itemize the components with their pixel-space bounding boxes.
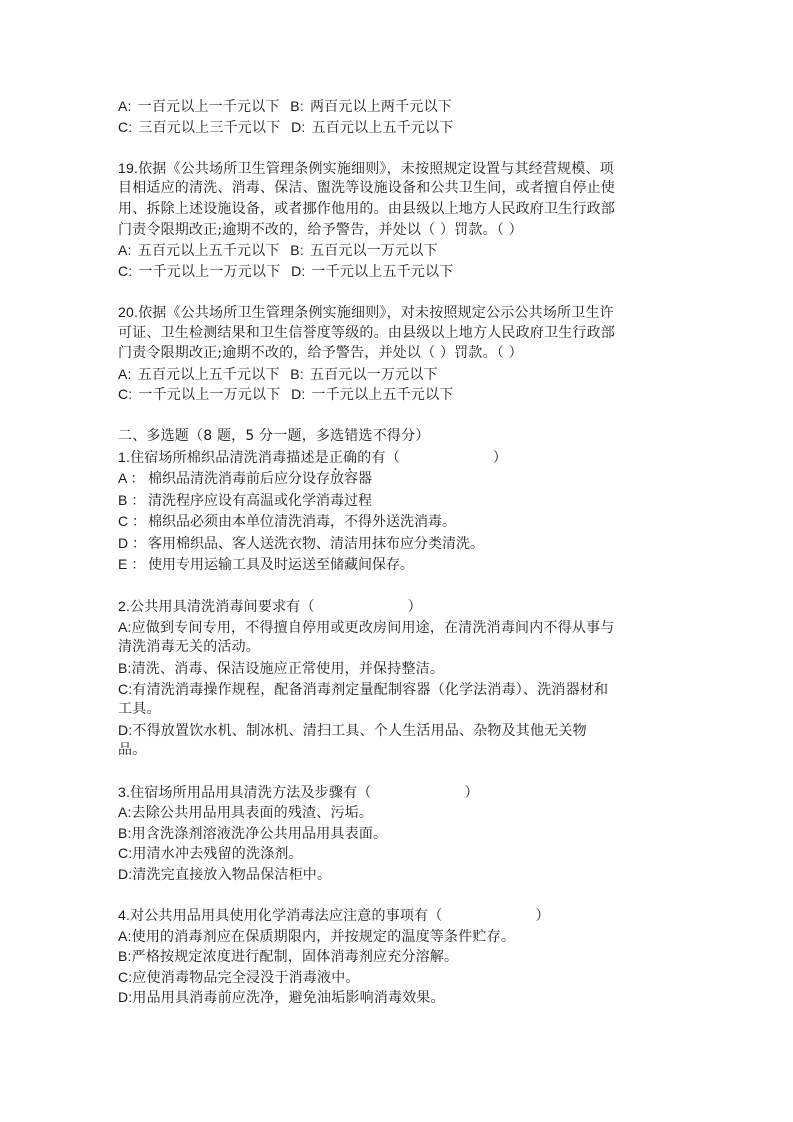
q19-stem-line-3: 用、拆除上述设施设备，或者挪作他用的。由县级以上地方人民政府卫生行政部 bbox=[118, 199, 678, 220]
mq1-option-b: B ：清洗程序应设有高温或化学消毒过程 bbox=[118, 490, 678, 512]
q19-options-row-2: C:一千元以上一万元以下 D:一千元以上五千元以下 bbox=[118, 261, 678, 282]
q18-options-row-2: C:三百元以上三千元以下 D:五百元以上五千元以下 bbox=[118, 117, 678, 138]
mq1-stem: 1.住宿场所棉织品清洗消毒描述是正确的有（ ） bbox=[118, 446, 678, 468]
q18-option-c: C:三百元以上三千元以下 bbox=[118, 120, 280, 136]
document-page: A:一百元以上一千元以下 B:两百元以上两千元以下 C:三百元以上三千元以下 D… bbox=[118, 96, 678, 1008]
q20-option-d: D:一千元以上五千元以下 bbox=[291, 387, 453, 403]
mq4-option-c: C:应使消毒物品完全浸没于消毒液中。 bbox=[118, 967, 678, 988]
emphasis-dots: 正确 bbox=[329, 450, 357, 466]
q18-option-d: D:五百元以上五千元以下 bbox=[291, 120, 453, 136]
multi-question-3: 3.住宿场所用品用具清洗方法及步骤有（ ） A:去除公共用品用具表面的残渣、污垢… bbox=[118, 782, 678, 885]
mq3-option-b: B:用含洗涤剂溶液洗净公共用品用具表面。 bbox=[118, 823, 678, 844]
q19-stem-line-4: 门责令限期改正;逾期不改的，给予警告，并处以（ ）罚款。（ ） bbox=[118, 220, 678, 241]
q18-option-a: A:一百元以上一千元以下 bbox=[118, 99, 280, 115]
q20-stem-line-2: 可证、卫生检测结果和卫生信誉度等级的。由县级以上地方人民政府卫生行政部 bbox=[118, 323, 678, 344]
q19-option-c: C:一千元以上一万元以下 bbox=[118, 264, 280, 280]
mq3-option-c: C:用清水冲去残留的洗涤剂。 bbox=[118, 843, 678, 864]
q20-stem-line-3: 门责令限期改正;逾期不改的，给予警告，并处以（ ）罚款。（ ） bbox=[118, 343, 678, 364]
mq1-option-c: C ：棉织品必须由本单位清洗消毒，不得外送洗消毒。 bbox=[118, 511, 678, 533]
mq2-option-d-cont: 品。 bbox=[118, 740, 678, 761]
mq4-option-d: D:用品用具消毒前应洗净，避免油垢影响消毒效果。 bbox=[118, 987, 678, 1008]
q19-stem-line-1: 19.依据《公共场所卫生管理条例实施细则》，未按照规定设置与其经营规模、项 bbox=[118, 158, 678, 179]
q19-option-b: B:五百元以一万元以下 bbox=[290, 243, 437, 259]
q19-option-d: D:一千元以上五千元以下 bbox=[291, 264, 453, 280]
q20-options-row-1: A:五百元以上五千元以下 B:五百元以一万元以下 bbox=[118, 364, 678, 385]
mq3-option-d: D:清洗完直接放入物品保洁柜中。 bbox=[118, 864, 678, 885]
mq1-option-e: E ：使用专用运输工具及时运送至储藏间保存。 bbox=[118, 554, 678, 576]
mq2-option-b: B:清洗、消毒、保洁设施应正常使用，并保持整洁。 bbox=[118, 658, 678, 679]
mq2-option-a-cont: 清洗消毒无关的活动。 bbox=[118, 637, 678, 658]
q19-option-a: A:五百元以上五千元以下 bbox=[118, 243, 280, 259]
mq1-option-d: D ：客用棉织品、客人送洗衣物、清洁用抹布应分类清洗。 bbox=[118, 533, 678, 555]
q20-option-a: A:五百元以上五千元以下 bbox=[118, 367, 280, 383]
mq2-option-d: D:不得放置饮水机、制冰机、清扫工具、个人生活用品、杂物及其他无关物 bbox=[118, 720, 678, 741]
q20-options-row-2: C:一千元以上一万元以下 D:一千元以上五千元以下 bbox=[118, 384, 678, 405]
mq2-stem: 2.公共用具清洗消毒间要求有（ ） bbox=[118, 596, 678, 617]
q20-stem-line-1: 20.依据《公共场所卫生管理条例实施细则》，对未按照规定公示公共场所卫生许 bbox=[118, 302, 678, 323]
mq2-option-c: C:有清洗消毒操作规程，配备消毒剂定量配制容器（化学法消毒）、洗消器材和 bbox=[118, 679, 678, 700]
q19-options-row-1: A:五百元以上五千元以下 B:五百元以一万元以下 bbox=[118, 240, 678, 261]
mq1-option-a: A ：棉织品清洗消毒前后应分设存放容器 bbox=[118, 468, 678, 490]
q18-option-b: B:两百元以上两千元以下 bbox=[290, 99, 452, 115]
multi-question-2: 2.公共用具清洗消毒间要求有（ ） A:应做到专间专用，不得擅自停用或更改房间用… bbox=[118, 596, 678, 761]
q20-option-b: B:五百元以一万元以下 bbox=[290, 367, 437, 383]
mq3-stem: 3.住宿场所用品用具清洗方法及步骤有（ ） bbox=[118, 782, 678, 803]
mq4-stem: 4.对公共用品用具使用化学消毒法应注意的事项有（ ） bbox=[118, 905, 678, 926]
mq3-option-a: A:去除公共用品用具表面的残渣、污垢。 bbox=[118, 802, 678, 823]
section-heading-multiple-choice: 二、多选题（8 题，5 分一题，多选错选不得分） bbox=[118, 426, 678, 447]
mq4-option-b: B:严格按规定浓度进行配制，固体消毒剂应充分溶解。 bbox=[118, 946, 678, 967]
question-19: 19.依据《公共场所卫生管理条例实施细则》，未按照规定设置与其经营规模、项 目相… bbox=[118, 158, 678, 282]
question-20: 20.依据《公共场所卫生管理条例实施细则》，对未按照规定公示公共场所卫生许 可证… bbox=[118, 302, 678, 405]
mq4-option-a: A:使用的消毒剂应在保质期限内，并按规定的温度等条件贮存。 bbox=[118, 926, 678, 947]
q20-option-c: C:一千元以上一万元以下 bbox=[118, 387, 280, 403]
multi-question-1: 1.住宿场所棉织品清洗消毒描述是正确的有（ ） A ：棉织品清洗消毒前后应分设存… bbox=[118, 446, 678, 576]
mq2-option-a: A:应做到专间专用，不得擅自停用或更改房间用途，在清洗消毒间内不得从事与 bbox=[118, 617, 678, 638]
multi-question-4: 4.对公共用品用具使用化学消毒法应注意的事项有（ ） A:使用的消毒剂应在保质期… bbox=[118, 905, 678, 1008]
q18-options-row-1: A:一百元以上一千元以下 B:两百元以上两千元以下 bbox=[118, 96, 678, 117]
mq2-option-c-cont: 工具。 bbox=[118, 699, 678, 720]
q19-stem-line-2: 目相适应的清洗、消毒、保洁、盥洗等设施设备和公共卫生间，或者擅自停止使 bbox=[118, 178, 678, 199]
